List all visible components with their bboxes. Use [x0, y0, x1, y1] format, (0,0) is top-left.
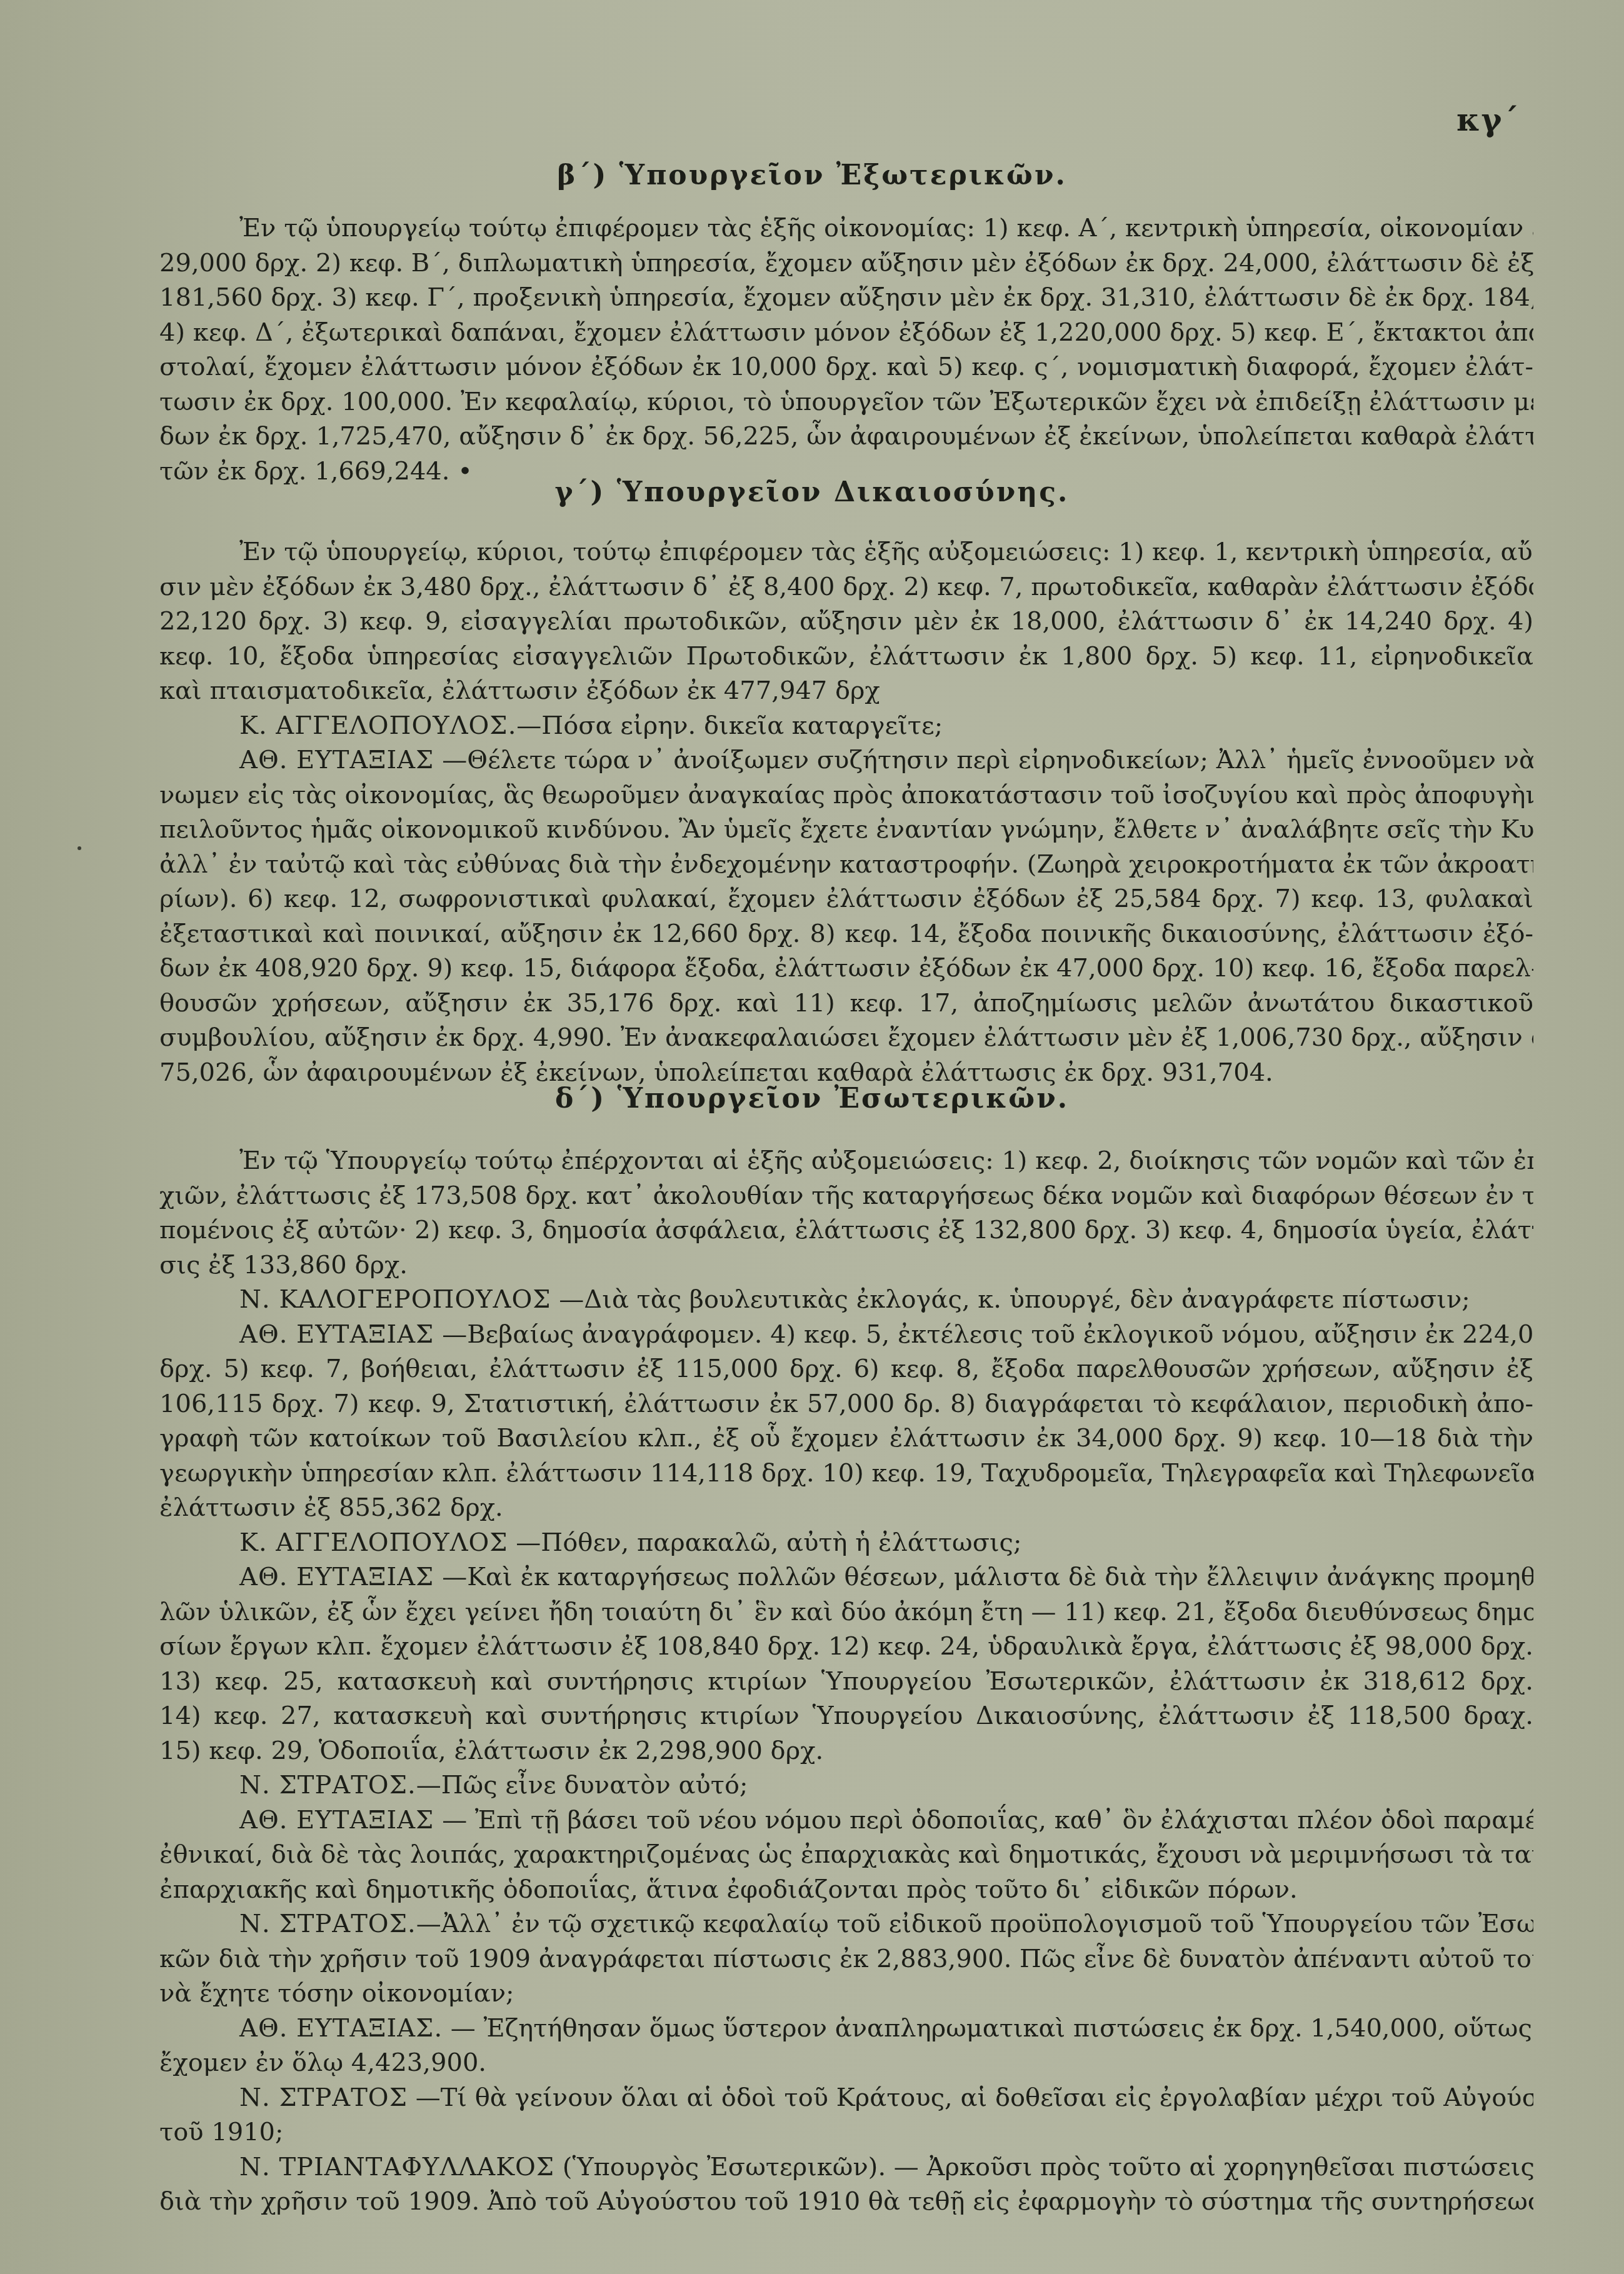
text-line: 14) κεφ. 27, κατασκευὴ καὶ συντήρησις κτ…: [159, 1699, 1533, 1734]
text-line: 13) κεφ. 25, κατασκευὴ καὶ συντήρησις κτ…: [159, 1665, 1533, 1700]
text-line: νὰ ἔχητε τόσην οἰκονομίαν;: [159, 1976, 1533, 2011]
dialogue-line: ΑΘ. ΕΥΤΑΞΙΑΣ —Θέλετε τώρα ν᾽ ἀνοίξωμεν σ…: [159, 743, 1533, 778]
text-line: Ἐν τῷ ὑπουργείῳ, κύριοι, τούτῳ ἐπιφέρομε…: [159, 535, 1533, 570]
text-line: 181,560 δρχ. 3) κεφ. Γ΄, προξενικὴ ὑπηρε…: [159, 281, 1533, 316]
speaker-name: Ν. ΣΤΡΑΤΟΣ.: [239, 1910, 416, 1938]
dialogue-line: ΑΘ. ΕΥΤΑΞΙΑΣ — Ἐπὶ τῇ βάσει τοῦ νέου νόμ…: [159, 1803, 1533, 1838]
text-line: ἐλάττωσιν ἐξ 855,362 δρχ.: [159, 1491, 1533, 1526]
dialogue-line: Ν. ΣΤΡΑΤΟΣ.—Ἀλλ᾽ ἐν τῷ σχετικῷ κεφαλαίῳ …: [159, 1907, 1533, 1942]
text-line: καὶ πταισματοδικεῖα, ἐλάττωσιν ἐξόδων ἐκ…: [159, 674, 1533, 709]
paragraph-interior: Ἐν τῷ Ὑπουργείῳ τούτῳ ἐπέρχονται αἱ ἑξῆς…: [159, 1144, 1533, 2220]
text-line: διὰ τὴν χρῆσιν τοῦ 1909. Ἀπὸ τοῦ Αὐγούστ…: [159, 2185, 1533, 2220]
text-line: λῶν ὑλικῶν, ἐξ ὧν ἔχει γείνει ἤδη τοιαύτ…: [159, 1595, 1533, 1630]
text-line: σιν μὲν ἐξόδων ἐκ 3,480 δρχ., ἐλάττωσιν …: [159, 570, 1533, 605]
speaker-name: Κ. ΑΓΓΕΛΟΠΟΥΛΟΣ.: [239, 711, 516, 740]
speaker-name: Ν. ΚΑΛΟΓΕΡΟΠΟΥΛΟΣ: [239, 1285, 551, 1314]
text-line: δων ἐκ δρχ. 1,725,470, αὔξησιν δ᾽ ἐκ δρχ…: [159, 419, 1533, 454]
speaker-name: Ν. ΣΤΡΑΤΟΣ: [239, 2083, 408, 2112]
text-line: πειλοῦντος ἡμᾶς οἰκονομικοῦ κινδύνου. Ἂν…: [159, 813, 1533, 848]
text-line: κῶν διὰ τὴν χρῆσιν τοῦ 1909 ἀναγράφεται …: [159, 1942, 1533, 1977]
text-line: ἀλλ᾽ ἐν ταὐτῷ καὶ τὰς εὐθύνας διὰ τὴν ἐν…: [159, 848, 1533, 883]
text-line: ἐξεταστικαὶ καὶ ποινικαί, αὔξησιν ἐκ 12,…: [159, 917, 1533, 952]
paragraph-justice: Ἐν τῷ ὑπουργείῳ, κύριοι, τούτῳ ἐπιφέρομε…: [159, 535, 1533, 1090]
text-line: ἐπαρχιακῆς καὶ δημοτικῆς ὁδοποιΐας, ἅτιν…: [159, 1873, 1533, 1908]
text-line: ρίων). 6) κεφ. 12, σωφρονιστικαὶ φυλακαί…: [159, 882, 1533, 917]
speaker-name: ΑΘ. ΕΥΤΑΞΙΑΣ: [239, 746, 434, 774]
page-number: κγ΄: [1456, 101, 1520, 138]
speaker-name: Κ. ΑΓΓΕΛΟΠΟΥΛΟΣ: [239, 1528, 508, 1557]
text-line: ἐθνικαί, διὰ δὲ τὰς λοιπάς, χαρακτηριζομ…: [159, 1838, 1533, 1873]
text-line: Ἐν τῷ Ὑπουργείῳ τούτῳ ἐπέρχονται αἱ ἑξῆς…: [159, 1144, 1533, 1179]
speaker-name: ΑΘ. ΕΥΤΑΞΙΑΣ: [239, 1320, 434, 1349]
text-line: τωσιν ἐκ δρχ. 100,000. Ἐν κεφαλαίῳ, κύρι…: [159, 385, 1533, 420]
dialogue-line: Ν. ΣΤΡΑΤΟΣ —Τί θὰ γείνουν ὅλαι αἱ ὁδοὶ τ…: [159, 2081, 1533, 2116]
text-line: 29,000 δρχ. 2) κεφ. Β΄, διπλωματικὴ ὑπηρ…: [159, 246, 1533, 281]
text-line: νωμεν εἰς τὰς οἰκονομίας, ἃς θεωροῦμεν ἀ…: [159, 778, 1533, 813]
dialogue-line: ΑΘ. ΕΥΤΑΞΙΑΣ. — Ἐζητήθησαν ὅμως ὕστερον …: [159, 2011, 1533, 2046]
speaker-name: Ν. ΣΤΡΑΤΟΣ.: [239, 1771, 416, 1800]
text-line: συμβουλίου, αὔξησιν ἐκ δρχ. 4,990. Ἐν ἀν…: [159, 1021, 1533, 1056]
text-line: 106,115 δρχ. 7) κεφ. 9, Στατιστική, ἐλάτ…: [159, 1387, 1533, 1422]
text-line: θουσῶν χρήσεων, αὔξησιν ἐκ 35,176 δρχ. κ…: [159, 986, 1533, 1021]
text-line: χιῶν, ἐλάττωσις ἐξ 173,508 δρχ. κατ᾽ ἀκο…: [159, 1179, 1533, 1214]
text-line: κεφ. 10, ἔξοδα ὑπηρεσίας εἰσαγγελιῶν Πρω…: [159, 639, 1533, 674]
dialogue-line: ΑΘ. ΕΥΤΑΞΙΑΣ —Βεβαίως ἀναγράφομεν. 4) κε…: [159, 1318, 1533, 1353]
text-line: τοῦ 1910;: [159, 2115, 1533, 2150]
text-line: γραφὴ τῶν κατοίκων τοῦ Βασιλείου κλπ., ἐ…: [159, 1421, 1533, 1456]
paragraph-foreign-affairs: Ἐν τῷ ὑπουργείῳ τούτῳ ἐπιφέρομεν τὰς ἑξῆ…: [159, 211, 1533, 489]
dialogue-line: Κ. ΑΓΓΕΛΟΠΟΥΛΟΣ —Πόθεν, παρακαλῶ, αὐτὴ ἡ…: [159, 1526, 1533, 1561]
section-heading-foreign-affairs: β΄) Ὑπουργεῖον Ἐξωτερικῶν.: [0, 159, 1624, 191]
text-line: 22,120 δρχ. 3) κεφ. 9, εἰσαγγελίαι πρωτο…: [159, 604, 1533, 639]
dialogue-line: Ν. ΤΡΙΑΝΤΑΦΥΛΛΑΚΟΣ (Ὑπουργὸς Ἐσωτερικῶν)…: [159, 2150, 1533, 2185]
speaker-name: ΑΘ. ΕΥΤΑΞΙΑΣ.: [239, 2014, 443, 2043]
text-line: σίων ἔργων κλπ. ἔχομεν ἐλάττωσιν ἐξ 108,…: [159, 1630, 1533, 1665]
margin-mark: [78, 846, 81, 850]
speaker-name: ΑΘ. ΕΥΤΑΞΙΑΣ: [239, 1806, 434, 1835]
speaker-name: ΑΘ. ΕΥΤΑΞΙΑΣ: [239, 1563, 434, 1591]
dialogue-line: Ν. ΣΤΡΑΤΟΣ.—Πῶς εἶνε δυνατὸν αὐτό;: [159, 1768, 1533, 1803]
dialogue-line: Κ. ΑΓΓΕΛΟΠΟΥΛΟΣ.—Πόσα εἰρην. δικεῖα κατα…: [159, 709, 1533, 744]
text-line: στολαί, ἔχομεν ἐλάττωσιν μόνον ἐξόδων ἐκ…: [159, 350, 1533, 385]
text-line: 4) κεφ. Δ΄, ἐξωτερικαὶ δαπάναι, ἔχομεν ἐ…: [159, 316, 1533, 351]
text-line: δρχ. 5) κεφ. 7, βοήθειαι, ἐλάττωσιν ἐξ 1…: [159, 1352, 1533, 1387]
dialogue-line: Ν. ΚΑΛΟΓΕΡΟΠΟΥΛΟΣ —Διὰ τὰς βουλευτικὰς ἐ…: [159, 1283, 1533, 1318]
text-line: σις ἐξ 133,860 δρχ.: [159, 1248, 1533, 1283]
speaker-name: Ν. ΤΡΙΑΝΤΑΦΥΛΛΑΚΟΣ: [239, 2153, 554, 2181]
dialogue-line: ΑΘ. ΕΥΤΑΞΙΑΣ —Καὶ ἐκ καταργήσεως πολλῶν …: [159, 1560, 1533, 1595]
text-line: 15) κεφ. 29, Ὁδοποιΐα, ἐλάττωσιν ἐκ 2,29…: [159, 1734, 1533, 1769]
text-line: ἔχομεν ἐν ὅλῳ 4,423,900.: [159, 2046, 1533, 2081]
section-heading-interior: δ΄) Ὑπουργεῖον Ἐσωτερικῶν.: [0, 1083, 1624, 1114]
text-line: πομένοις ἐξ αὐτῶν· 2) κεφ. 3, δημοσία ἀσ…: [159, 1213, 1533, 1248]
text-line: γεωργικὴν ὑπηρεσίαν κλπ. ἐλάττωσιν 114,1…: [159, 1456, 1533, 1491]
text-line: δων ἐκ 408,920 δρχ. 9) κεφ. 15, διάφορα …: [159, 951, 1533, 986]
text-line: Ἐν τῷ ὑπουργείῳ τούτῳ ἐπιφέρομεν τὰς ἑξῆ…: [159, 211, 1533, 246]
section-heading-justice: γ΄) Ὑπουργεῖον Δικαιοσύνης.: [0, 476, 1624, 508]
